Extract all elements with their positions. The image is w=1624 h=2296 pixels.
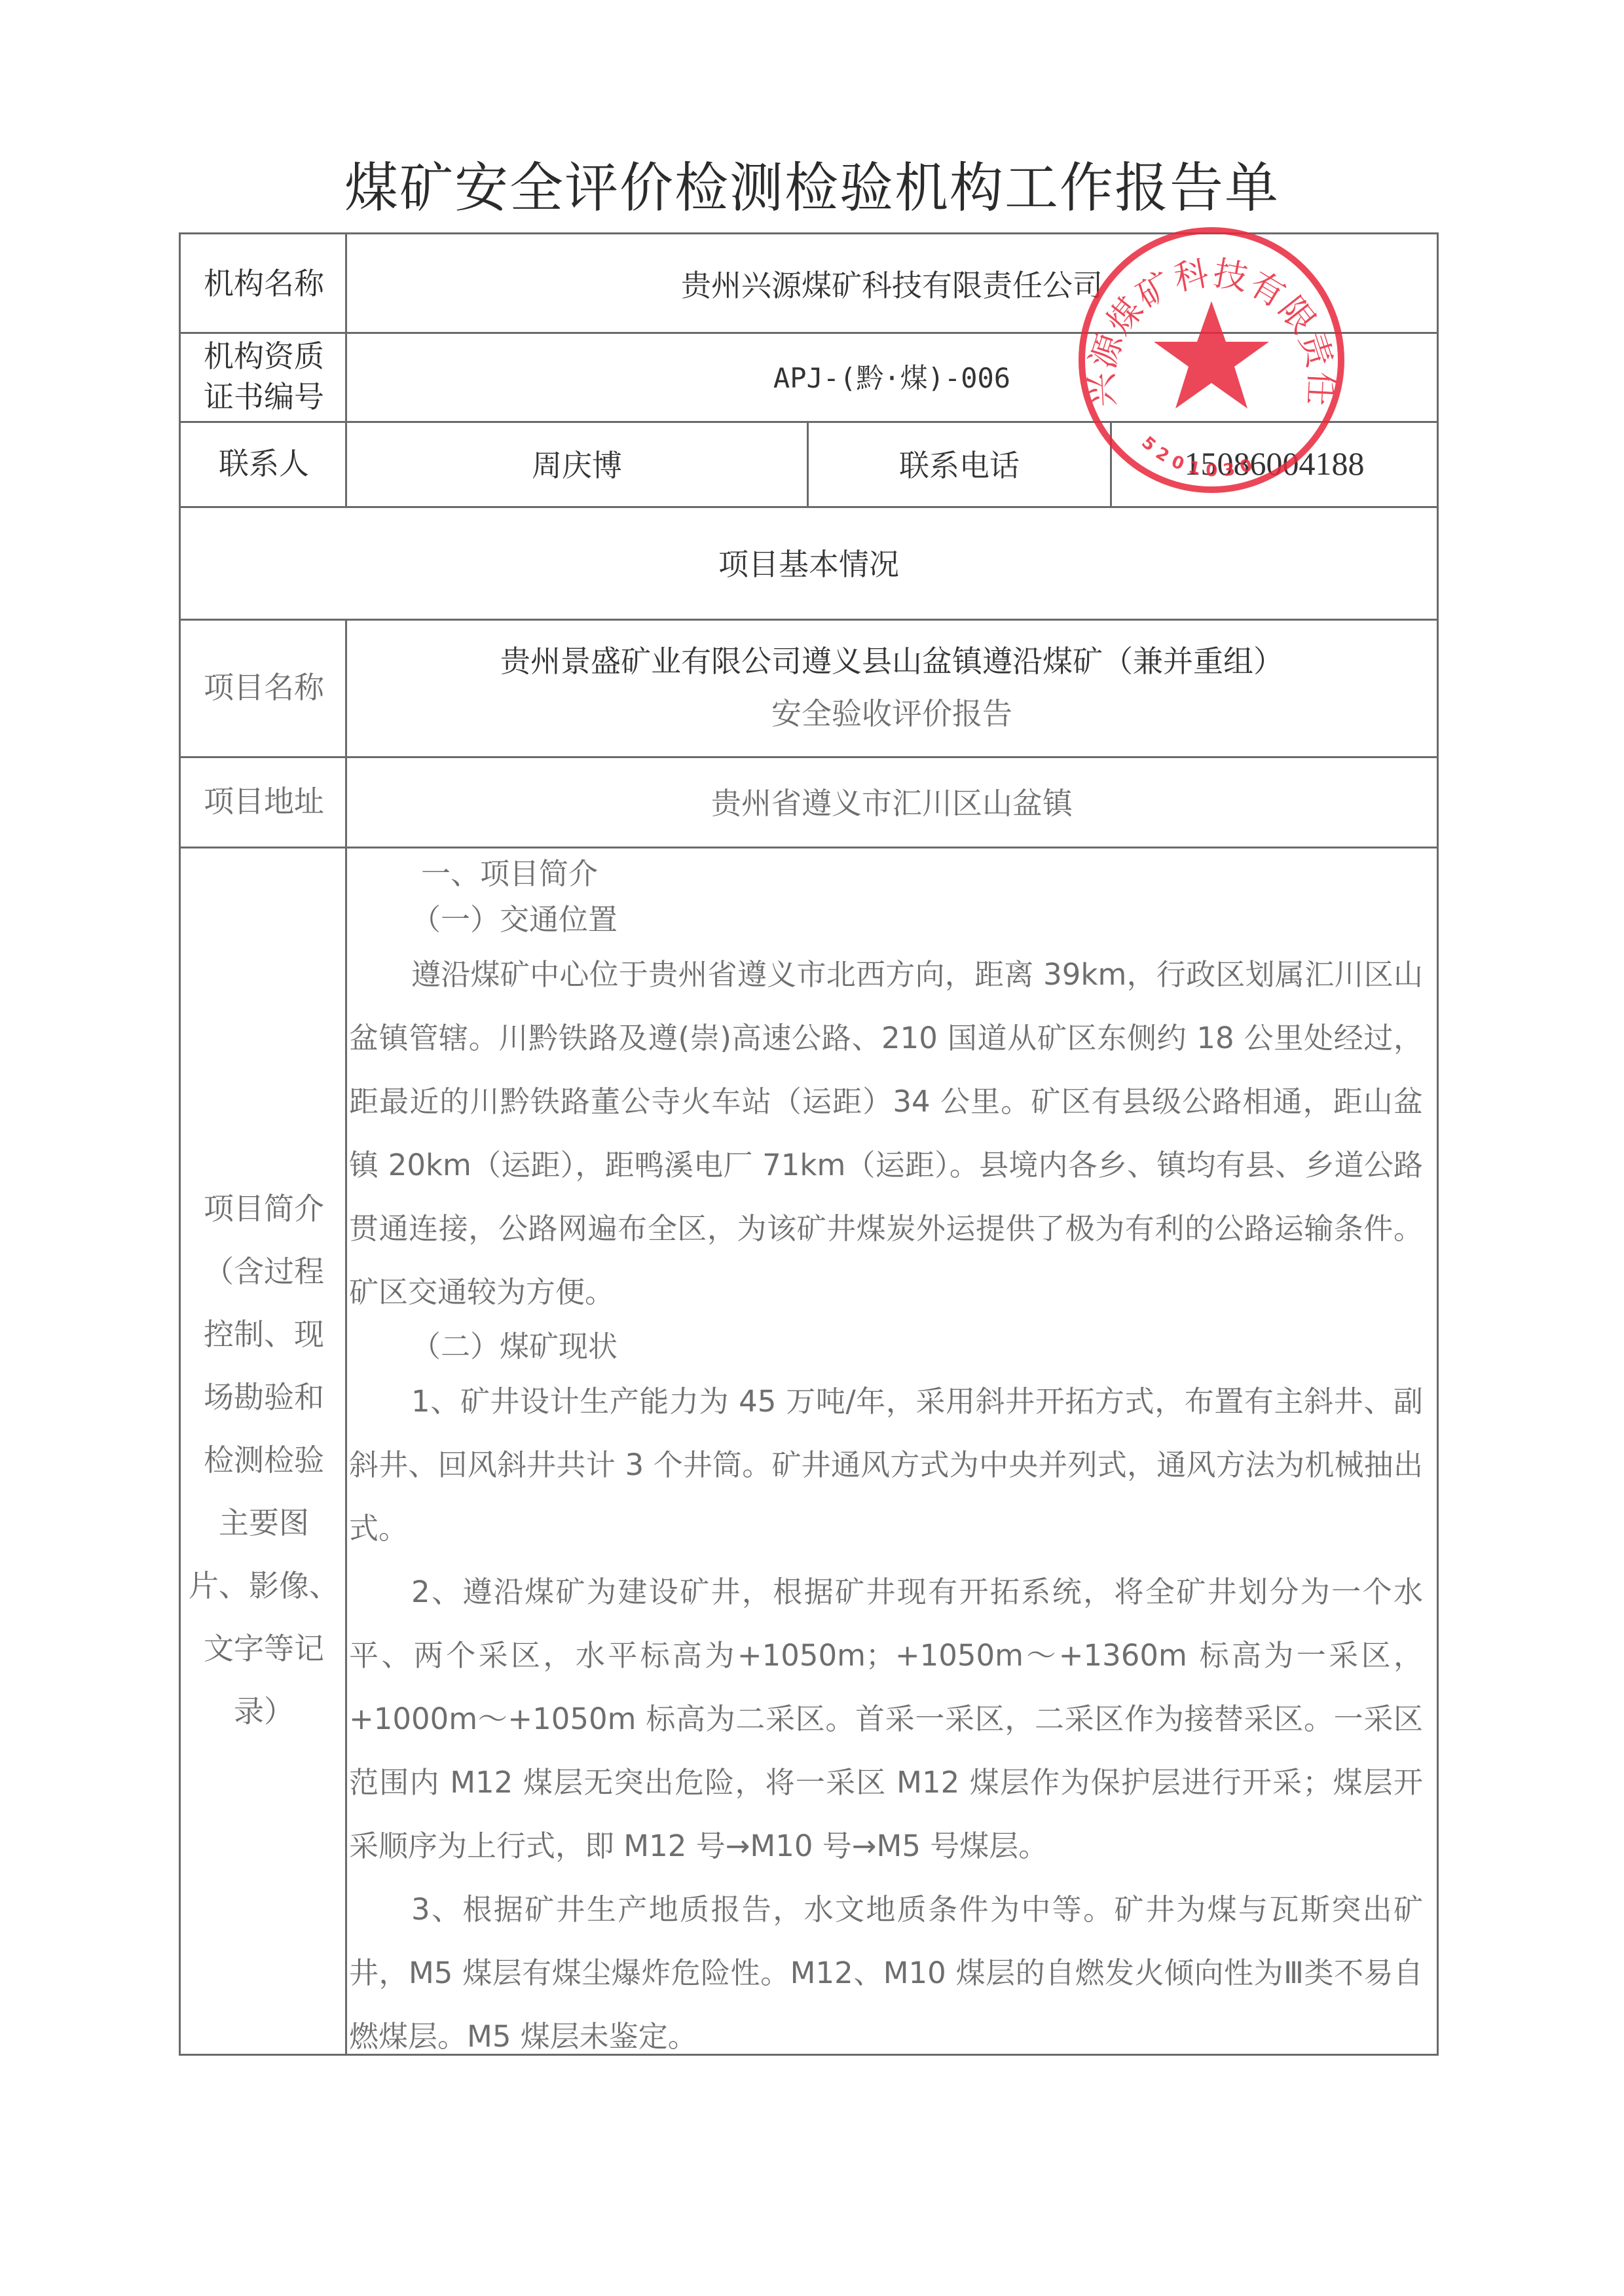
project-description-label: 项目简介 （含过程 控制、现 场勘验和 检测检验 主要图 片、影像、 文字等记 … bbox=[181, 1177, 347, 1743]
subheading-mine-status: （二）煤矿现状 bbox=[349, 1324, 1423, 1370]
paragraph-transport: 遵沿煤矿中心位于贵州省遵义市北西方向，距离 39km，行政区划属汇川区山盆镇管辖… bbox=[349, 943, 1423, 1324]
org-name-label: 机构名称 bbox=[181, 234, 347, 332]
section-header: 项目基本情况 bbox=[181, 506, 1437, 619]
desc-label-line: （含过程 bbox=[181, 1240, 347, 1303]
subheading-transport: （一）交通位置 bbox=[349, 897, 1423, 943]
paragraph-item-1: 1、矿井设计生产能力为 45 万吨/年，采用斜井开拓方式，布置有主斜井、副斜井、… bbox=[349, 1370, 1423, 1560]
contact-value: 周庆博 bbox=[347, 421, 807, 506]
report-table: 机构名称 贵州兴源煤矿科技有限责任公司 机构资质 证书编号 APJ-(黔·煤)-… bbox=[179, 232, 1439, 2056]
desc-label-line: 检测检验 bbox=[181, 1429, 347, 1491]
phone-value: 15086004188 bbox=[1112, 421, 1437, 506]
org-name-value: 贵州兴源煤矿科技有限责任公司 bbox=[347, 234, 1437, 332]
contact-label: 联系人 bbox=[181, 421, 347, 506]
desc-label-line: 片、影像、 bbox=[181, 1554, 347, 1617]
desc-label-line: 主要图 bbox=[181, 1491, 347, 1554]
heading-project-intro: 一、项目简介 bbox=[349, 851, 1423, 897]
cert-label-line2: 证书编号 bbox=[204, 376, 324, 417]
document-title: 煤矿安全评价检测检验机构工作报告单 bbox=[0, 145, 1624, 222]
project-address-label: 项目地址 bbox=[181, 756, 347, 847]
desc-label-line: 项目简介 bbox=[181, 1177, 347, 1240]
phone-label: 联系电话 bbox=[809, 421, 1110, 506]
desc-label-line: 控制、现 bbox=[181, 1303, 347, 1366]
paragraph-item-3: 3、根据矿井生产地质报告，水文地质条件为中等。矿井为煤与瓦斯突出矿井，M5 煤层… bbox=[349, 1878, 1423, 2068]
paragraph-item-2: 2、遵沿煤矿为建设矿井，根据矿井现有开拓系统，将全矿井划分为一个水平、两个采区，… bbox=[349, 1560, 1423, 1878]
desc-label-line: 录） bbox=[181, 1680, 347, 1743]
desc-label-line: 文字等记 bbox=[181, 1617, 347, 1680]
cert-label-line1: 机构资质 bbox=[204, 336, 324, 376]
cert-number-value: APJ-(黔·煤)-006 bbox=[347, 332, 1437, 421]
project-name-line1: 贵州景盛矿业有限公司遵义县山盆镇遵沿煤矿（兼并重组） bbox=[500, 635, 1283, 687]
row-divider bbox=[181, 847, 1437, 848]
project-name-line2: 安全验收评价报告 bbox=[771, 687, 1012, 740]
project-address-value: 贵州省遵义市汇川区山盆镇 bbox=[347, 756, 1437, 847]
project-description-body: 一、项目简介 （一）交通位置 遵沿煤矿中心位于贵州省遵义市北西方向，距离 39k… bbox=[349, 851, 1423, 2068]
desc-label-line: 场勘验和 bbox=[181, 1366, 347, 1429]
project-name-label: 项目名称 bbox=[181, 619, 347, 756]
